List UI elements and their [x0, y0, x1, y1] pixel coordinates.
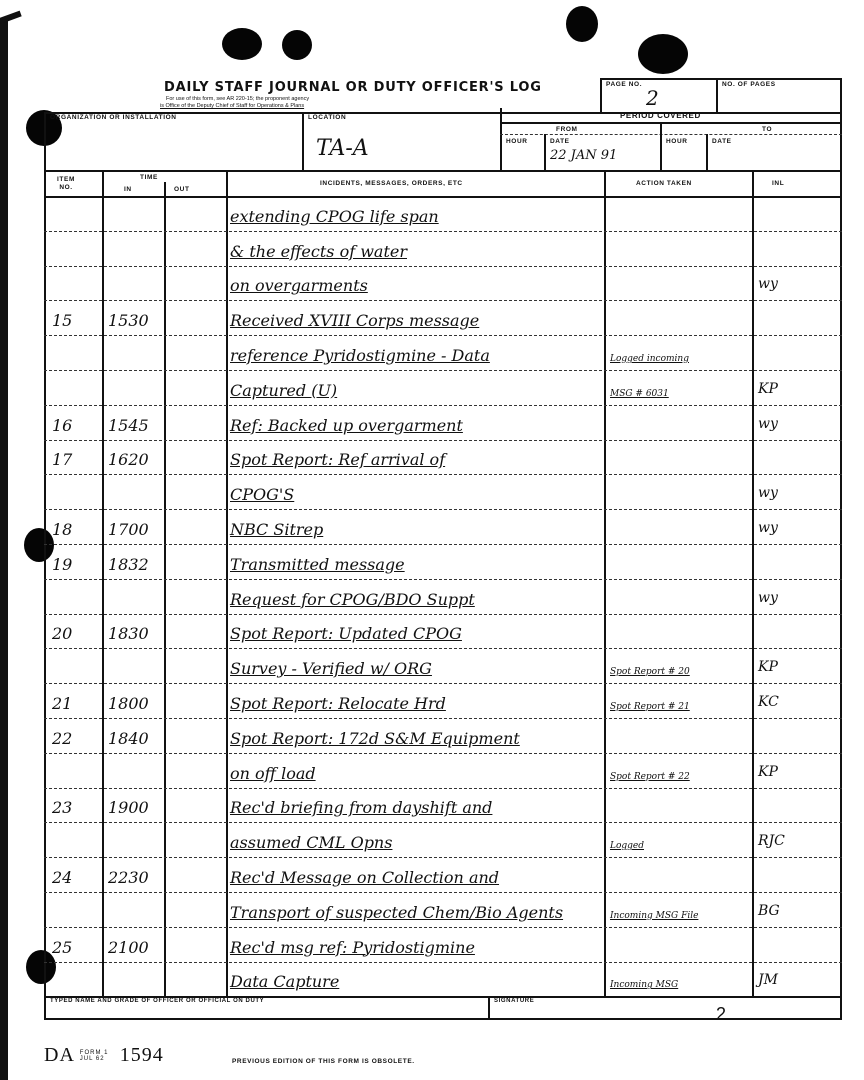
row-line: [44, 822, 842, 823]
from-label: FROM: [556, 126, 578, 133]
row-line: [44, 648, 842, 649]
page-no-value: 2: [646, 86, 659, 110]
incident-text: & the effects of water: [230, 242, 407, 261]
col-initials: INL: [772, 180, 784, 187]
incident-text: Transmitted message: [230, 555, 405, 574]
signature-label: SIGNATURE: [494, 998, 534, 1004]
incident-text: Transport of suspected Chem/Bio Agents: [230, 903, 563, 922]
initials: wy: [758, 485, 778, 501]
incident-text: assumed CML Opns: [230, 833, 392, 852]
time-in: 1530: [108, 311, 149, 330]
from-date-label: DATE: [550, 138, 570, 145]
initials: RJC: [758, 833, 785, 849]
initials: wy: [758, 416, 778, 432]
row-line: [44, 962, 842, 963]
signature-value: 2: [716, 1004, 726, 1025]
initials: KP: [758, 659, 778, 675]
row-line: [44, 892, 842, 893]
row-line: [44, 718, 842, 719]
initials: BG: [758, 903, 780, 919]
time-in: 1620: [108, 450, 149, 469]
row-line: [44, 300, 842, 301]
from-hour-label: HOUR: [506, 138, 528, 145]
action-taken: MSG # 6031: [610, 389, 669, 399]
col-divider: [102, 170, 104, 996]
item-number: 18: [52, 520, 72, 539]
row-line: [44, 544, 842, 545]
initials: wy: [758, 520, 778, 536]
item-number: 16: [52, 416, 72, 435]
action-taken: Spot Report # 20: [610, 667, 690, 677]
incident-text: Data Capture: [230, 972, 339, 991]
organization-label: ORGANIZATION OR INSTALLATION: [50, 114, 177, 121]
col-time-out: OUT: [174, 186, 190, 193]
incident-text: CPOG'S: [230, 485, 294, 504]
col-divider: [226, 170, 228, 996]
row-line: [44, 231, 842, 232]
to-hour-label: HOUR: [666, 138, 688, 145]
incident-text: Spot Report: Relocate Hrd: [230, 694, 446, 713]
incident-text: Captured (U): [230, 381, 337, 400]
form-number-small: FORM 1 JUL 62: [80, 1050, 114, 1062]
action-taken: Logged: [610, 841, 644, 851]
action-taken: Incoming MSG File: [610, 911, 698, 921]
form-number: DA FORM 1 JUL 62 1594: [44, 1044, 164, 1067]
incident-text: extending CPOG life span: [230, 207, 439, 226]
punch-hole: [222, 28, 262, 60]
col-incidents: INCIDENTS, MESSAGES, ORDERS, ETC: [320, 180, 463, 187]
time-in: 2230: [108, 868, 149, 887]
incident-text: Spot Report: Updated CPOG: [230, 624, 462, 643]
item-number: 20: [52, 624, 72, 643]
officer-label: TYPED NAME AND GRADE OF OFFICER OR OFFIC…: [50, 998, 264, 1004]
incident-text: reference Pyridostigmine - Data: [230, 346, 490, 365]
initials: KC: [758, 694, 779, 710]
incident-text: Survey - Verified w/ ORG: [230, 659, 432, 678]
time-in: 2100: [108, 938, 149, 957]
incident-text: Rec'd briefing from dayshift and: [230, 798, 492, 817]
row-line: [44, 370, 842, 371]
col-divider: [164, 182, 166, 996]
duty-log-form: DAILY STAFF JOURNAL OR DUTY OFFICER'S LO…: [44, 78, 842, 1020]
item-number: 17: [52, 450, 72, 469]
incident-text: Rec'd msg ref: Pyridostigmine: [230, 938, 475, 957]
action-taken: Spot Report # 21: [610, 702, 690, 712]
from-date-value: 22 JAN 91: [550, 148, 617, 163]
divider: [302, 112, 304, 170]
initials: wy: [758, 590, 778, 606]
row-line: [44, 788, 842, 789]
row-line: [44, 509, 842, 510]
incident-text: Ref: Backed up overgarment: [230, 416, 463, 435]
incident-text: Spot Report: Ref arrival of: [230, 450, 445, 469]
incident-text: on overgarments: [230, 276, 368, 295]
form-number-prefix: DA: [44, 1044, 74, 1066]
incident-text: Rec'd Message on Collection and: [230, 868, 499, 887]
divider: [44, 170, 842, 172]
divider: [488, 996, 490, 1020]
item-number: 23: [52, 798, 72, 817]
divider: [544, 134, 546, 170]
row-line: [44, 579, 842, 580]
previous-edition-note: PREVIOUS EDITION OF THIS FORM IS OBSOLET…: [232, 1058, 415, 1065]
item-number: 22: [52, 729, 72, 748]
row-line: [44, 440, 842, 441]
punch-hole: [638, 34, 688, 74]
punch-hole: [282, 30, 312, 60]
period-covered-label: PERIOD COVERED: [620, 111, 701, 120]
form-title: DAILY STAFF JOURNAL OR DUTY OFFICER'S LO…: [164, 80, 542, 95]
initials: KP: [758, 764, 778, 780]
incident-text: Request for CPOG/BDO Suppt: [230, 590, 475, 609]
scan-edge-left: [0, 18, 8, 1080]
initials: KP: [758, 381, 778, 397]
row-line: [44, 683, 842, 684]
incident-text: Spot Report: 172d S&M Equipment: [230, 729, 520, 748]
item-number: 15: [52, 311, 72, 330]
location-label: LOCATION: [308, 114, 346, 121]
punch-hole: [566, 6, 598, 42]
location-value: TA-A: [316, 136, 369, 161]
to-label: TO: [762, 126, 772, 133]
time-in: 1700: [108, 520, 149, 539]
row-line: [44, 335, 842, 336]
row-line: [44, 474, 842, 475]
action-taken: Incoming MSG: [610, 980, 678, 990]
form-subtitle-2: is Office of the Deputy Chief of Staff f…: [160, 103, 304, 109]
initials: wy: [758, 276, 778, 292]
incident-text: NBC Sitrep: [230, 520, 323, 539]
to-date-label: DATE: [712, 138, 732, 145]
col-action-taken: ACTION TAKEN: [636, 180, 692, 187]
divider: [500, 108, 502, 170]
scan-edge-top-left: [0, 11, 22, 24]
time-in: 1900: [108, 798, 149, 817]
time-in: 1840: [108, 729, 149, 748]
row-line: [44, 927, 842, 928]
col-divider: [604, 170, 606, 996]
divider: [500, 122, 842, 124]
col-time-in: IN: [124, 186, 132, 193]
form-number-digits: 1594: [120, 1044, 164, 1066]
divider: [44, 196, 842, 198]
item-number: 19: [52, 555, 72, 574]
no-of-pages-label: NO. OF PAGES: [722, 81, 776, 88]
col-item-no: ITEM NO.: [52, 176, 80, 192]
initials: JM: [758, 972, 778, 988]
item-number: 25: [52, 938, 72, 957]
time-in: 1800: [108, 694, 149, 713]
col-divider: [752, 170, 754, 996]
page-no-label: PAGE NO.: [606, 81, 642, 88]
action-taken: Logged incoming: [610, 354, 689, 364]
time-in: 1832: [108, 555, 149, 574]
item-number: 24: [52, 868, 72, 887]
row-line: [44, 614, 842, 615]
row-line: [44, 857, 842, 858]
row-line: [44, 266, 842, 267]
time-in: 1545: [108, 416, 149, 435]
incident-text: on off load: [230, 764, 316, 783]
divider: [500, 134, 842, 135]
incident-text: Received XVIII Corps message: [230, 311, 479, 330]
divider: [660, 122, 662, 170]
col-time: TIME: [140, 174, 158, 181]
divider: [706, 134, 708, 170]
action-taken: Spot Report # 22: [610, 772, 690, 782]
row-line: [44, 405, 842, 406]
row-line: [44, 753, 842, 754]
form-subtitle-1: For use of this form, see AR 220-15; the…: [166, 96, 309, 102]
time-in: 1830: [108, 624, 149, 643]
item-number: 21: [52, 694, 72, 713]
